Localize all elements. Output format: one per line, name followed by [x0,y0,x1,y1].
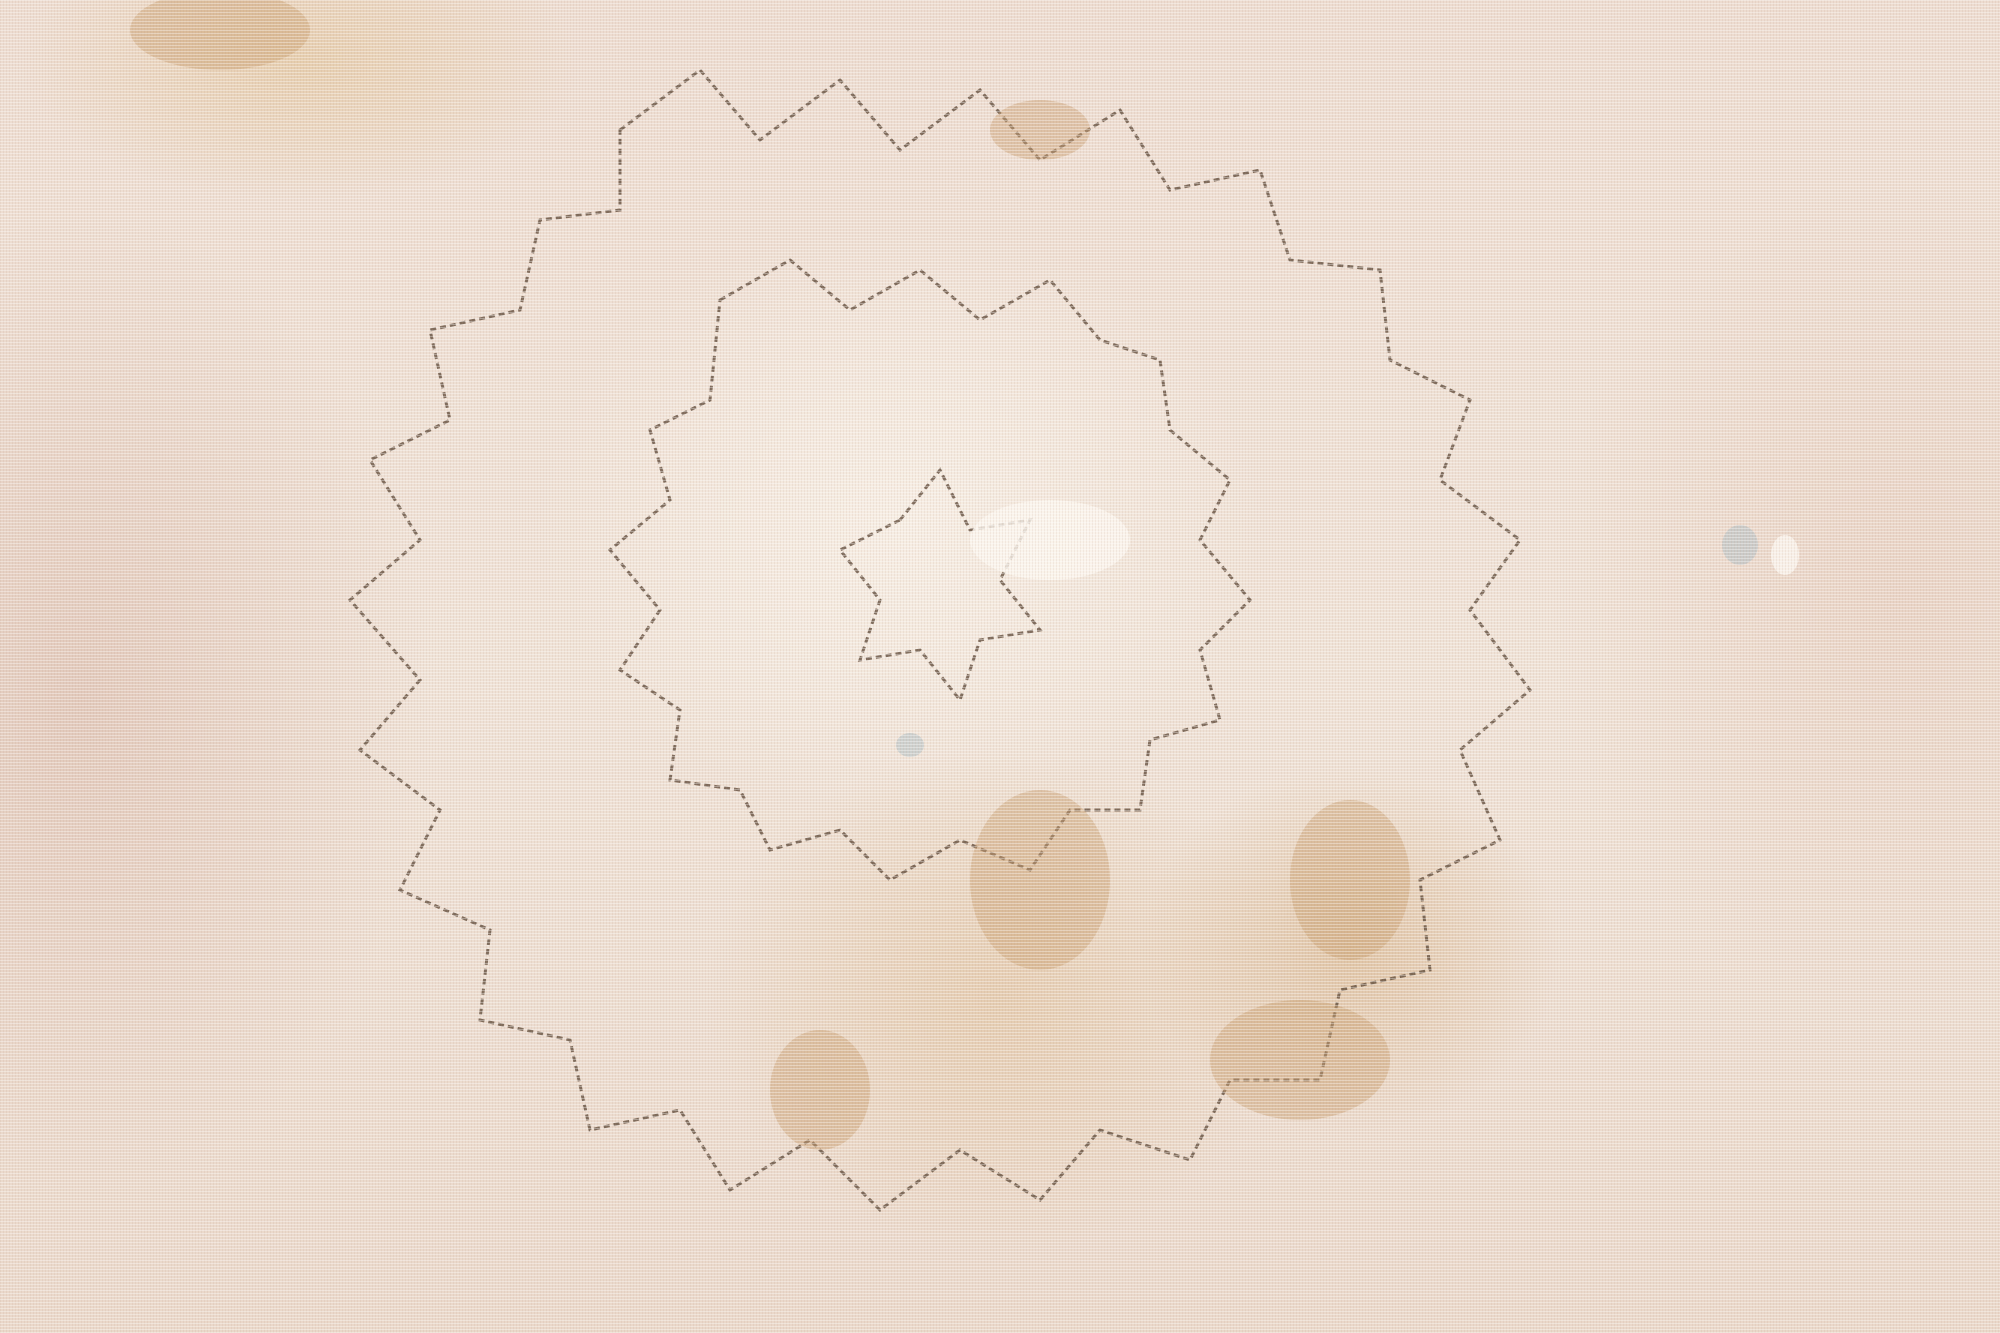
medallion-motif [0,0,2000,1333]
rug-photo [0,0,2000,1333]
